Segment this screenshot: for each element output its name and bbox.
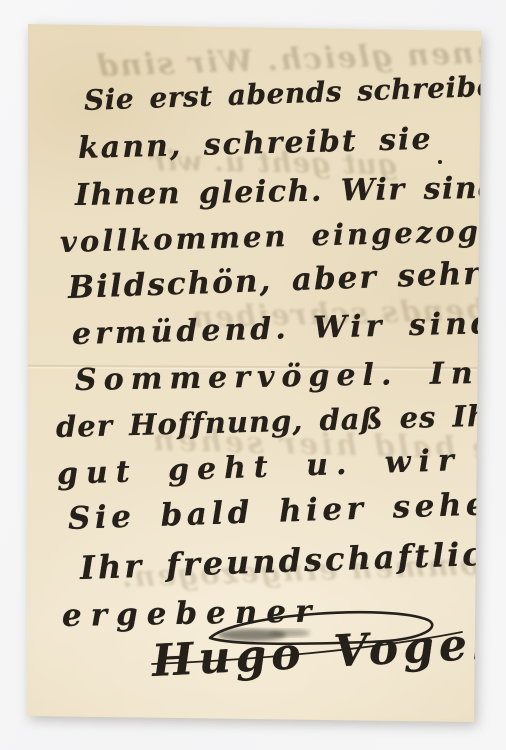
letter-paper-wrapper: Ihnen gleich. Wir sind gut geht u. wir S… (0, 0, 506, 750)
paper-vignette (0, 0, 506, 750)
letter-paper: Ihnen gleich. Wir sind gut geht u. wir S… (0, 0, 506, 750)
